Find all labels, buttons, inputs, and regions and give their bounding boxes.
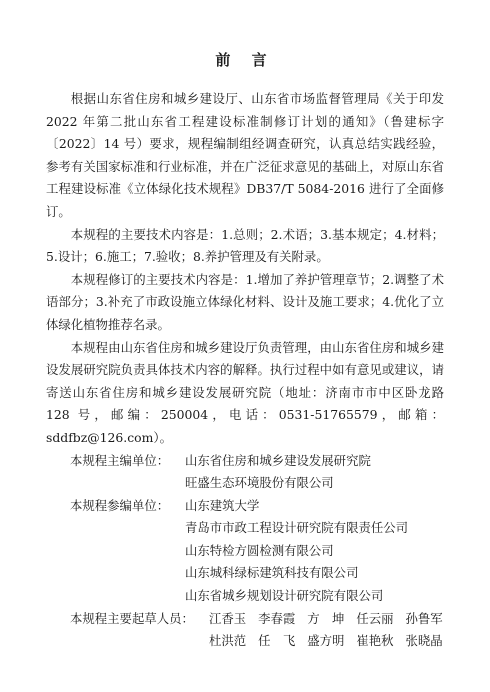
participating-editor-row: 本规程参编单位： 山东城科绿标建筑科技有限公司 <box>46 562 444 585</box>
participating-editor-unit: 山东特检方圆检测有限公司 <box>185 540 334 563</box>
paragraph-management: 本规程由山东省住房和城乡建设厅负责管理，由山东省住房和城乡建设发展研究院负责具体… <box>46 337 444 450</box>
page-title: 前 言 <box>0 49 490 70</box>
chief-editor-row: 本规程主编单位： 旺盛生态环境股份有限公司 <box>46 472 444 495</box>
preface-body: 根据山东省住房和城乡建设厅、山东省市场监督管理局《关于印发 2022 年第二批山… <box>46 88 444 653</box>
paragraph-main-content: 本规程的主要技术内容是：1.总则；2.术语；3.基本规定；4.材料；5.设计；6… <box>46 224 444 269</box>
drafter-name: 崔艳秋 <box>356 630 393 653</box>
drafter-name: 盛方明 <box>307 630 344 653</box>
participating-editor-label: 本规程参编单位： <box>46 495 185 518</box>
drafters-label: 本规程主要起草人员： <box>46 608 209 631</box>
drafters-row: 本规程主要起草人员： 江香玉 李春霞 方 坤 任云丽 孙鲁军 <box>46 608 444 631</box>
chief-editor-label: 本规程主编单位： <box>46 450 185 473</box>
drafter-name: 江香玉 <box>209 608 246 631</box>
drafter-name: 孙鲁军 <box>406 608 443 631</box>
participating-editor-row: 本规程参编单位： 山东特检方圆检测有限公司 <box>46 540 444 563</box>
participating-editor-unit: 青岛市市政工程设计研究院有限责任公司 <box>185 517 408 540</box>
document-page: 前 言 根据山东省住房和城乡建设厅、山东省市场监督管理局《关于印发 2022 年… <box>0 0 490 692</box>
paragraph-revision-basis: 根据山东省住房和城乡建设厅、山东省市场监督管理局《关于印发 2022 年第二批山… <box>46 88 444 224</box>
participating-editor-row: 本规程参编单位： 青岛市市政工程设计研究院有限责任公司 <box>46 517 444 540</box>
drafter-name: 方 坤 <box>307 608 344 631</box>
drafter-name: 任 飞 <box>258 630 295 653</box>
chief-editor-unit: 山东省住房和城乡建设发展研究院 <box>185 450 371 473</box>
participating-editor-unit: 山东省城乡规划设计研究院有限公司 <box>185 585 383 608</box>
chief-editor-unit: 旺盛生态环境股份有限公司 <box>185 472 334 495</box>
drafters-row: 本规程主要起草人员： 杜洪范 任 飞 盛方明 崔艳秋 张晓晶 <box>46 630 444 653</box>
participating-editor-row: 本规程参编单位： 山东省城乡规划设计研究院有限公司 <box>46 585 444 608</box>
drafter-name: 杜洪范 <box>209 630 246 653</box>
chief-editor-row: 本规程主编单位： 山东省住房和城乡建设发展研究院 <box>46 450 444 473</box>
paragraph-revision-content: 本规程修订的主要技术内容是：1.增加了养护管理章节；2.调整了术语部分；3.补充… <box>46 269 444 337</box>
drafter-name: 李春霞 <box>258 608 295 631</box>
drafter-name: 任云丽 <box>356 608 393 631</box>
drafter-name: 张晓晶 <box>406 630 443 653</box>
participating-editor-unit: 山东城科绿标建筑科技有限公司 <box>185 562 358 585</box>
participating-editor-row: 本规程参编单位： 山东建筑大学 <box>46 495 444 518</box>
participating-editor-unit: 山东建筑大学 <box>185 495 259 518</box>
